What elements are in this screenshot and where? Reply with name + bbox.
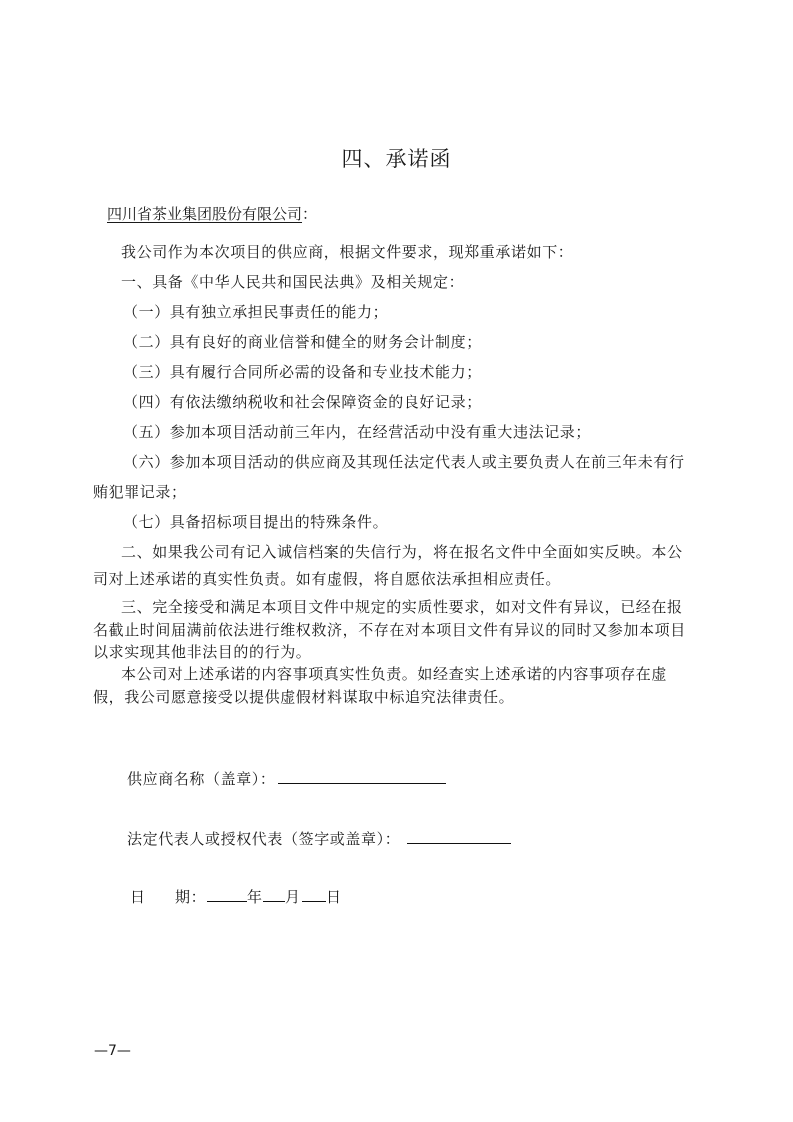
date-month-field[interactable] [263,901,285,902]
section3-paragraph-continuation: 名截止时间届满前依法进行维权救济，不存在对本项目文件有异议的同时又参加本项目 [93,619,686,640]
date-label-part1: 日 [130,886,146,907]
date-label-part2: 期： [175,886,206,907]
intro-paragraph: 我公司作为本次项目的供应商，根据文件要求，现郑重承诺如下： [121,241,573,262]
date-year-label: 年 [247,886,263,907]
section1-item: （二）具有良好的商业信誉和健全的财务会计制度； [123,331,482,352]
addressee: 四川省茶业集团股份有限公司： [93,203,317,224]
supplier-name-label: 供应商名称（盖章）： [127,768,276,789]
page-title: 四、承诺函 [0,143,793,173]
closing-paragraph: 本公司对上述承诺的内容事项真实性负责。如经查实上述承诺的内容事项存在虚 [121,663,667,684]
page-number: —7— [94,1043,131,1059]
date-month-label: 月 [285,886,301,907]
section3-paragraph-continuation: 以求实现其他非法目的的行为。 [93,641,311,662]
section2-paragraph-continuation: 司对上述承诺的真实性负责。如有虚假，将自愿依法承担相应责任。 [93,568,561,589]
section1-item: （四）有依法缴纳税收和社会保障资金的良好记录； [123,391,482,412]
section1-item: （三）具有履行合同所必需的设备和专业技术能力； [123,361,482,382]
representative-label: 法定代表人或授权代表（签字或盖章）： [127,828,400,849]
section1-item-continuation: 贿犯罪记录； [93,481,187,502]
section1-item: （七）具备招标项目提出的特殊条件。 [123,511,388,532]
supplier-name-field[interactable] [278,783,446,784]
section3-paragraph: 三、完全接受和满足本项目文件中规定的实质性要求，如对文件有异议，已经在报 [121,596,683,617]
section1-item: （六）参加本项目活动的供应商及其现任法定代表人或主要负责人在前三年未有行 [123,451,685,472]
closing-paragraph-continuation: 假，我公司愿意接受以提供虚假材料谋取中标追究法律责任。 [93,686,514,707]
date-year-field[interactable] [207,901,247,902]
representative-signature-field[interactable] [407,843,511,844]
addressee-name: 四川省茶业集团股份有限公司 [93,205,302,223]
section1-heading: 一、具备《中华人民共和国民法典》及相关规定： [121,271,464,292]
section2-paragraph: 二、如果我公司有记入诚信档案的失信行为，将在报名文件中全面如实反映。本公 [121,541,683,562]
document-page: 四、承诺函 四川省茶业集团股份有限公司： 我公司作为本次项目的供应商，根据文件要… [0,0,793,1122]
section1-item: （五）参加本项目活动前三年内，在经营活动中没有重大违法记录； [123,421,591,442]
date-day-field[interactable] [302,901,326,902]
section1-item: （一）具有独立承担民事责任的能力； [123,301,388,322]
addressee-colon: ： [302,205,317,223]
date-day-label: 日 [326,886,342,907]
